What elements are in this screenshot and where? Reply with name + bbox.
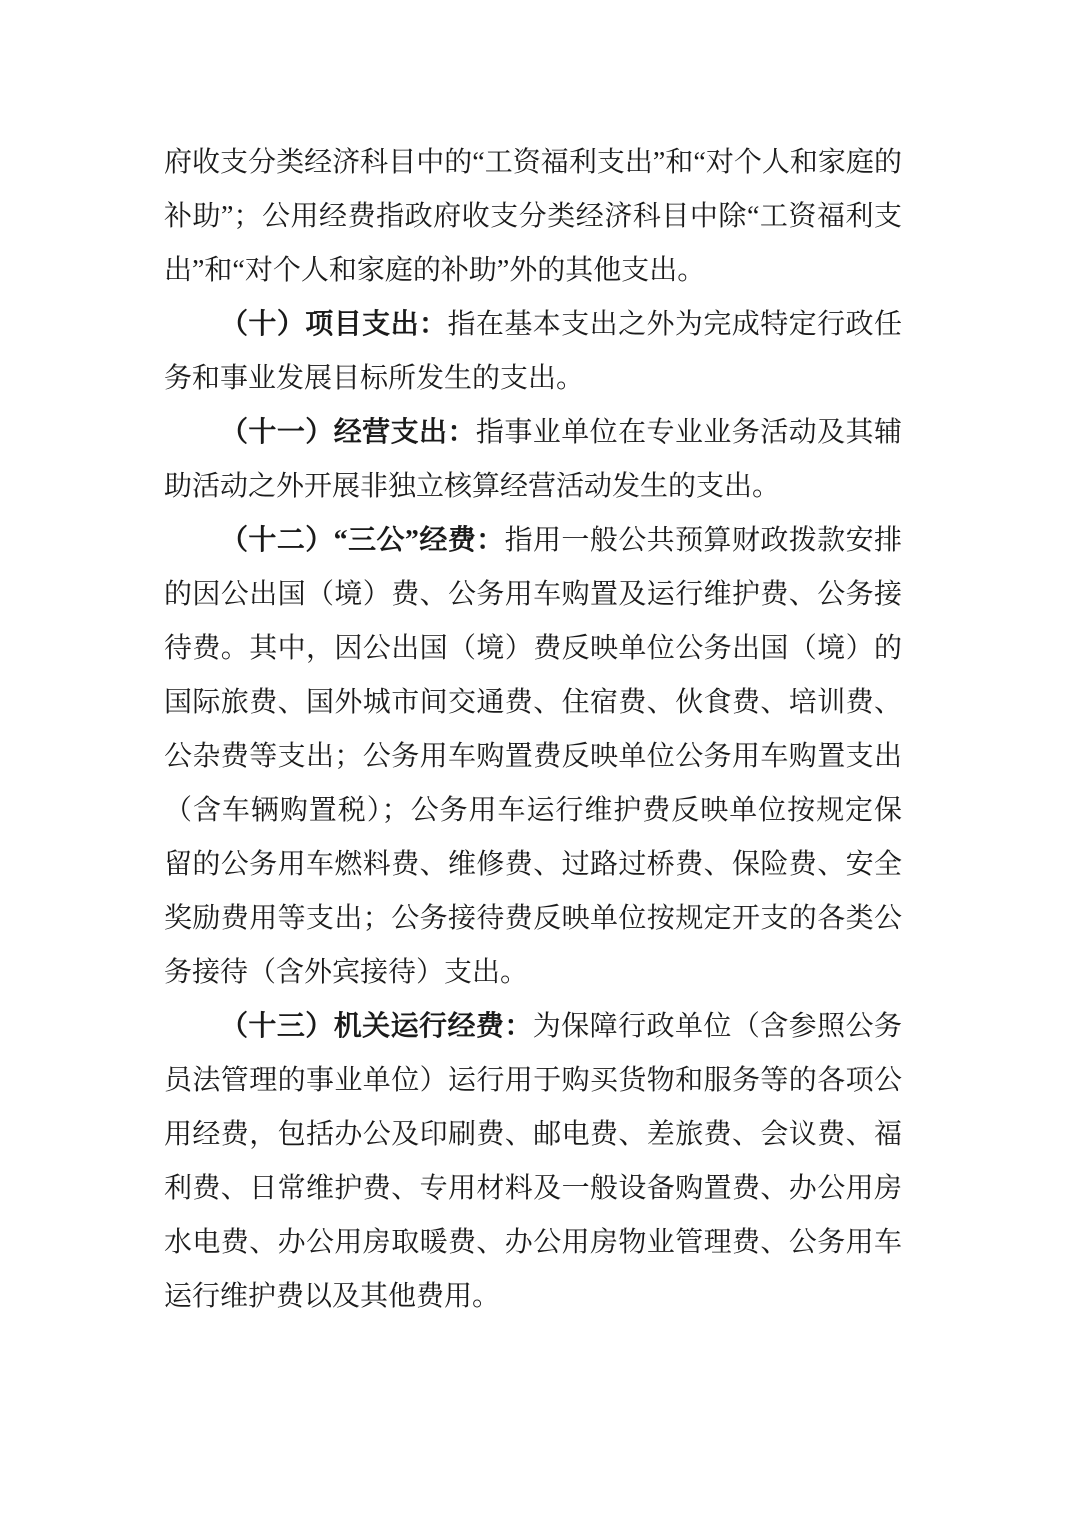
- term-heading: （十二）“三公”经费：: [220, 525, 505, 556]
- term-heading: （十一）经营支出：: [220, 417, 476, 448]
- body-text: 为保障行政单位（含参照公务员法管理的事业单位）运行用于购买货物和服务等的各项公用…: [164, 1011, 902, 1312]
- paragraph: （十一）经营支出：指事业单位在专业业务活动及其辅助活动之外开展非独立核算经营活动…: [164, 406, 902, 514]
- document-page: 府收支分类经济科目中的“工资福利支出”和“对个人和家庭的补助”；公用经费指政府收…: [0, 0, 1074, 1520]
- paragraph: （十三）机关运行经费：为保障行政单位（含参照公务员法管理的事业单位）运行用于购买…: [164, 1000, 902, 1324]
- term-heading: （十三）机关运行经费：: [220, 1011, 533, 1042]
- paragraph: 府收支分类经济科目中的“工资福利支出”和“对个人和家庭的补助”；公用经费指政府收…: [164, 136, 902, 298]
- paragraph: （十二）“三公”经费：指用一般公共预算财政拨款安排的因公出国（境）费、公务用车购…: [164, 514, 902, 1000]
- body-text: 府收支分类经济科目中的“工资福利支出”和“对个人和家庭的补助”；公用经费指政府收…: [164, 147, 902, 286]
- body-text: 指用一般公共预算财政拨款安排的因公出国（境）费、公务用车购置及运行维护费、公务接…: [164, 525, 902, 988]
- term-heading: （十）项目支出：: [220, 309, 447, 340]
- paragraph: （十）项目支出：指在基本支出之外为完成特定行政任务和事业发展目标所发生的支出。: [164, 298, 902, 406]
- document-body: 府收支分类经济科目中的“工资福利支出”和“对个人和家庭的补助”；公用经费指政府收…: [164, 136, 902, 1324]
